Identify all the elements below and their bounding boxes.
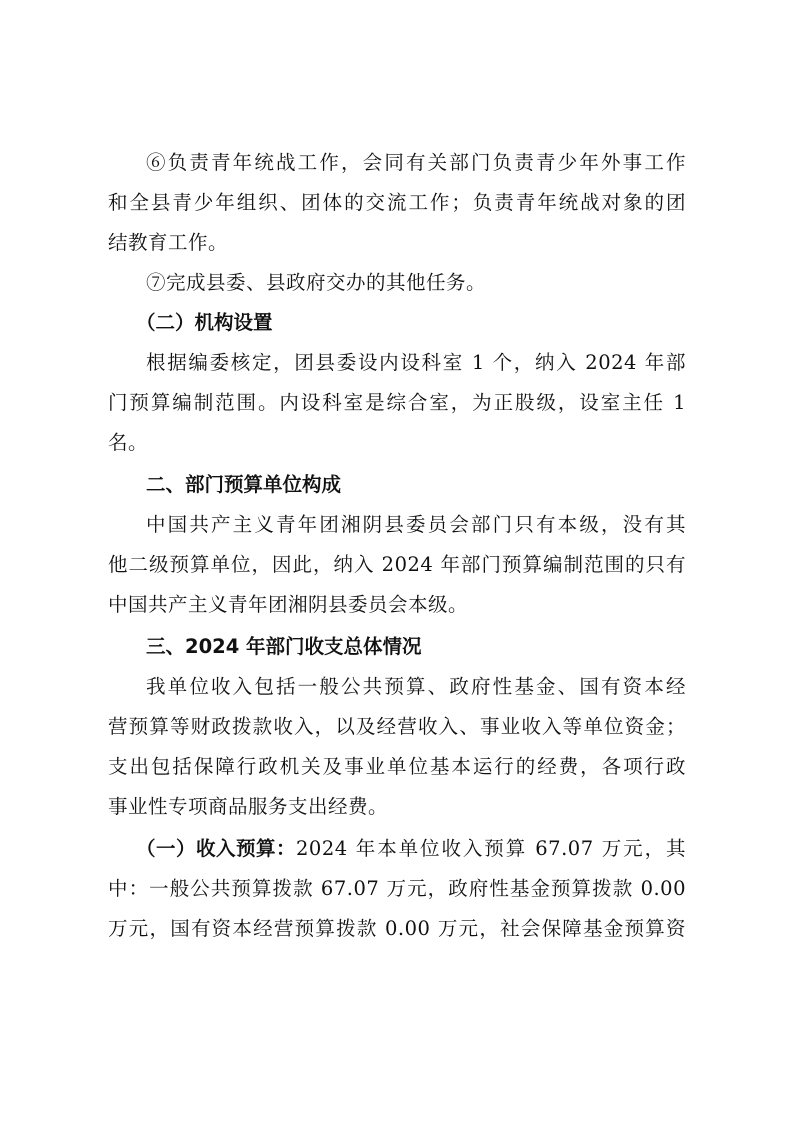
document-page: ⑥负责青年统战工作，会同有关部门负责青少年外事工作 和全县青少年组织、团体的交流… (108, 143, 686, 949)
text-line: ⑥负责青年统战工作，会同有关部门负责青少年外事工作 (108, 143, 686, 183)
org-setup-paragraph: 根据编委核定，团县委设内设科室 1 个，纳入 2024 年部 门预算编制范围。内… (108, 343, 686, 463)
budget-unit-paragraph: 中国共产主义青年团湘阴县委员会部门只有本级，没有其 他二级预算单位，因此，纳入 … (108, 505, 686, 625)
text-line: 中国共产主义青年团湘阴县委员会本级。 (108, 585, 686, 625)
text-line: 和全县青少年组织、团体的交流工作；负责青年统战对象的团 (108, 183, 686, 223)
section-iii-heading: 三、2024 年部门收支总体情况 (108, 627, 686, 667)
text-line: 万元，国有资本经营预算拨款 0.00 万元，社会保障基金预算资 (108, 909, 686, 949)
text-line: 中国共产主义青年团湘阴县委员会部门只有本级，没有其 (108, 505, 686, 545)
item-7-paragraph: ⑦完成县委、县政府交办的其他任务。 (108, 263, 686, 303)
income-budget-paragraph: （一）收入预算： 2024 年本单位收入预算 67.07 万元，其 中：一般公共… (108, 829, 686, 949)
section-ii-heading: 二、部门预算单位构成 (108, 465, 686, 505)
section-2-subheading: （二）机构设置 (108, 303, 686, 343)
text-line: 根据编委核定，团县委设内设科室 1 个，纳入 2024 年部 (108, 343, 686, 383)
revenue-expenditure-paragraph: 我单位收入包括一般公共预算、政府性基金、国有资本经 营预算等财政拨款收入，以及经… (108, 667, 686, 827)
item-6-paragraph: ⑥负责青年统战工作，会同有关部门负责青少年外事工作 和全县青少年组织、团体的交流… (108, 143, 686, 263)
text-line: 名。 (108, 423, 686, 463)
text-line: 营预算等财政拨款收入，以及经营收入、事业收入等单位资金； (108, 707, 686, 747)
text-line: （一）收入预算： 2024 年本单位收入预算 67.07 万元，其 (108, 829, 686, 869)
text-segment: 2024 年本单位收入预算 67.07 万元，其 (296, 829, 686, 869)
text-line: 中：一般公共预算拨款 67.07 万元，政府性基金预算拨款 0.00 (108, 869, 686, 909)
text-line: 支出包括保障行政机关及事业单位基本运行的经费，各项行政 (108, 747, 686, 787)
text-line: 事业性专项商品服务支出经费。 (108, 787, 686, 827)
text-line: 他二级预算单位，因此，纳入 2024 年部门预算编制范围的只有 (108, 545, 686, 585)
text-line: 我单位收入包括一般公共预算、政府性基金、国有资本经 (108, 667, 686, 707)
text-line: ⑦完成县委、县政府交办的其他任务。 (108, 263, 686, 303)
text-line: 结教育工作。 (108, 223, 686, 263)
text-line: 门预算编制范围。内设科室是综合室，为正股级，设室主任 1 (108, 383, 686, 423)
income-budget-label: （一）收入预算： (136, 829, 296, 869)
